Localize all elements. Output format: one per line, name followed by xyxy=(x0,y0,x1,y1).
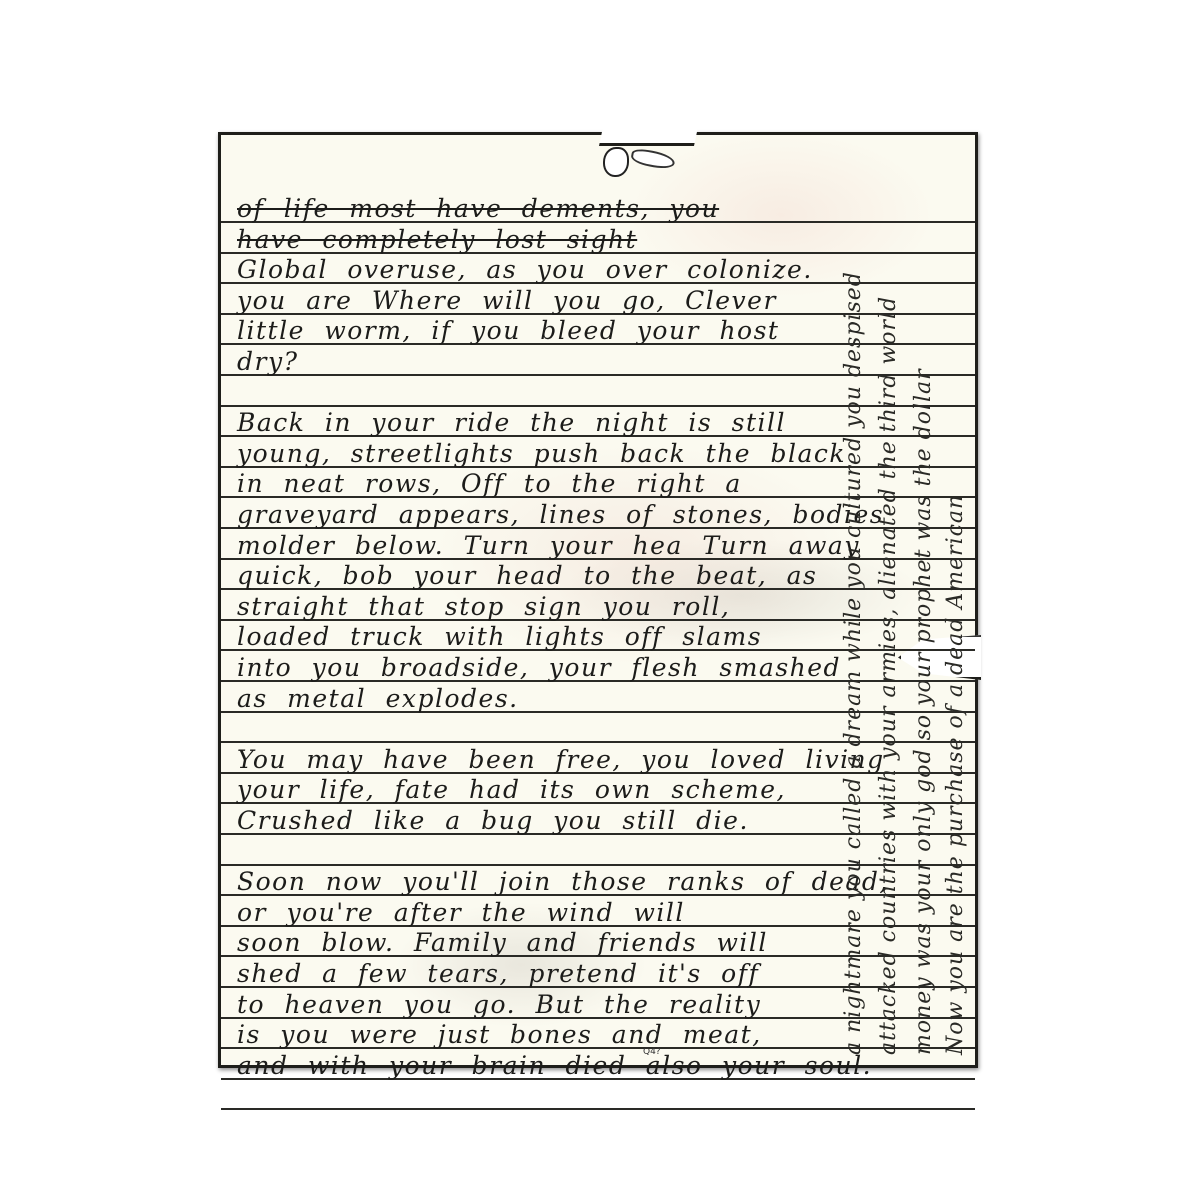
lyric-line: as metal explodes. xyxy=(237,684,519,713)
lyric-line: to heaven you go. But the reality xyxy=(237,990,761,1019)
margin-text-column-2: attacked countries with your armies, ali… xyxy=(876,195,901,1055)
lyric-line: and with your brain died also your soul. xyxy=(237,1051,872,1080)
lyric-line: dry? xyxy=(237,347,298,376)
lyric-line: Soon now you'll join those ranks of dead… xyxy=(237,867,889,896)
lyric-line: Crushed like a bug you still die. xyxy=(237,806,749,835)
margin-text-column-4: Now you are the purchase of a dead Ameri… xyxy=(943,195,968,1055)
ruled-line xyxy=(221,1108,975,1110)
footer-mark: Q4? xyxy=(643,1047,661,1057)
torn-edge-top xyxy=(599,127,698,146)
handwritten-page: of life most have dements, youhave compl… xyxy=(218,132,978,1068)
lyric-line: your life, fate had its own scheme, xyxy=(237,775,786,804)
lyric-line: little worm, if you bleed your host xyxy=(237,316,779,345)
lyric-line: into you broadside, your flesh smashed xyxy=(237,653,841,682)
lyric-line: in neat rows, Off to the right a xyxy=(237,469,742,498)
lyric-line: quick, bob your head to the beat, as xyxy=(237,561,817,590)
lyric-line: you are Where will you go, Clever xyxy=(237,286,777,315)
torn-hole xyxy=(603,147,629,177)
lyric-line: molder below. Turn your hea Turn away xyxy=(237,531,860,560)
lyric-line: or you're after the wind will xyxy=(237,898,685,927)
lyric-line: Global overuse, as you over colonize. xyxy=(237,255,813,284)
lyric-line: young, streetlights push back the black xyxy=(237,439,846,468)
struck-lyric-line: have completely lost sight xyxy=(237,225,637,254)
struck-lyric-line: of life most have dements, you xyxy=(237,194,719,223)
torn-hole-secondary xyxy=(630,147,676,170)
lyric-line: graveyard appears, lines of stones, bodi… xyxy=(237,500,884,529)
margin-text-column-1: a nightmare you called a dream while you… xyxy=(841,195,866,1055)
lyric-line: soon blow. Family and friends will xyxy=(237,928,768,957)
lyric-line: loaded truck with lights off slams xyxy=(237,622,762,651)
lyric-line: straight that stop sign you roll, xyxy=(237,592,730,621)
lyric-line: You may have been free, you loved living xyxy=(237,745,885,774)
lyric-line: Back in your ride the night is still xyxy=(237,408,786,437)
lyric-line: is you were just bones and meat, xyxy=(237,1020,762,1049)
lyric-line: shed a few tears, pretend it's off xyxy=(237,959,759,988)
margin-text-column-3: money was your only god so your prophet … xyxy=(911,195,936,1055)
